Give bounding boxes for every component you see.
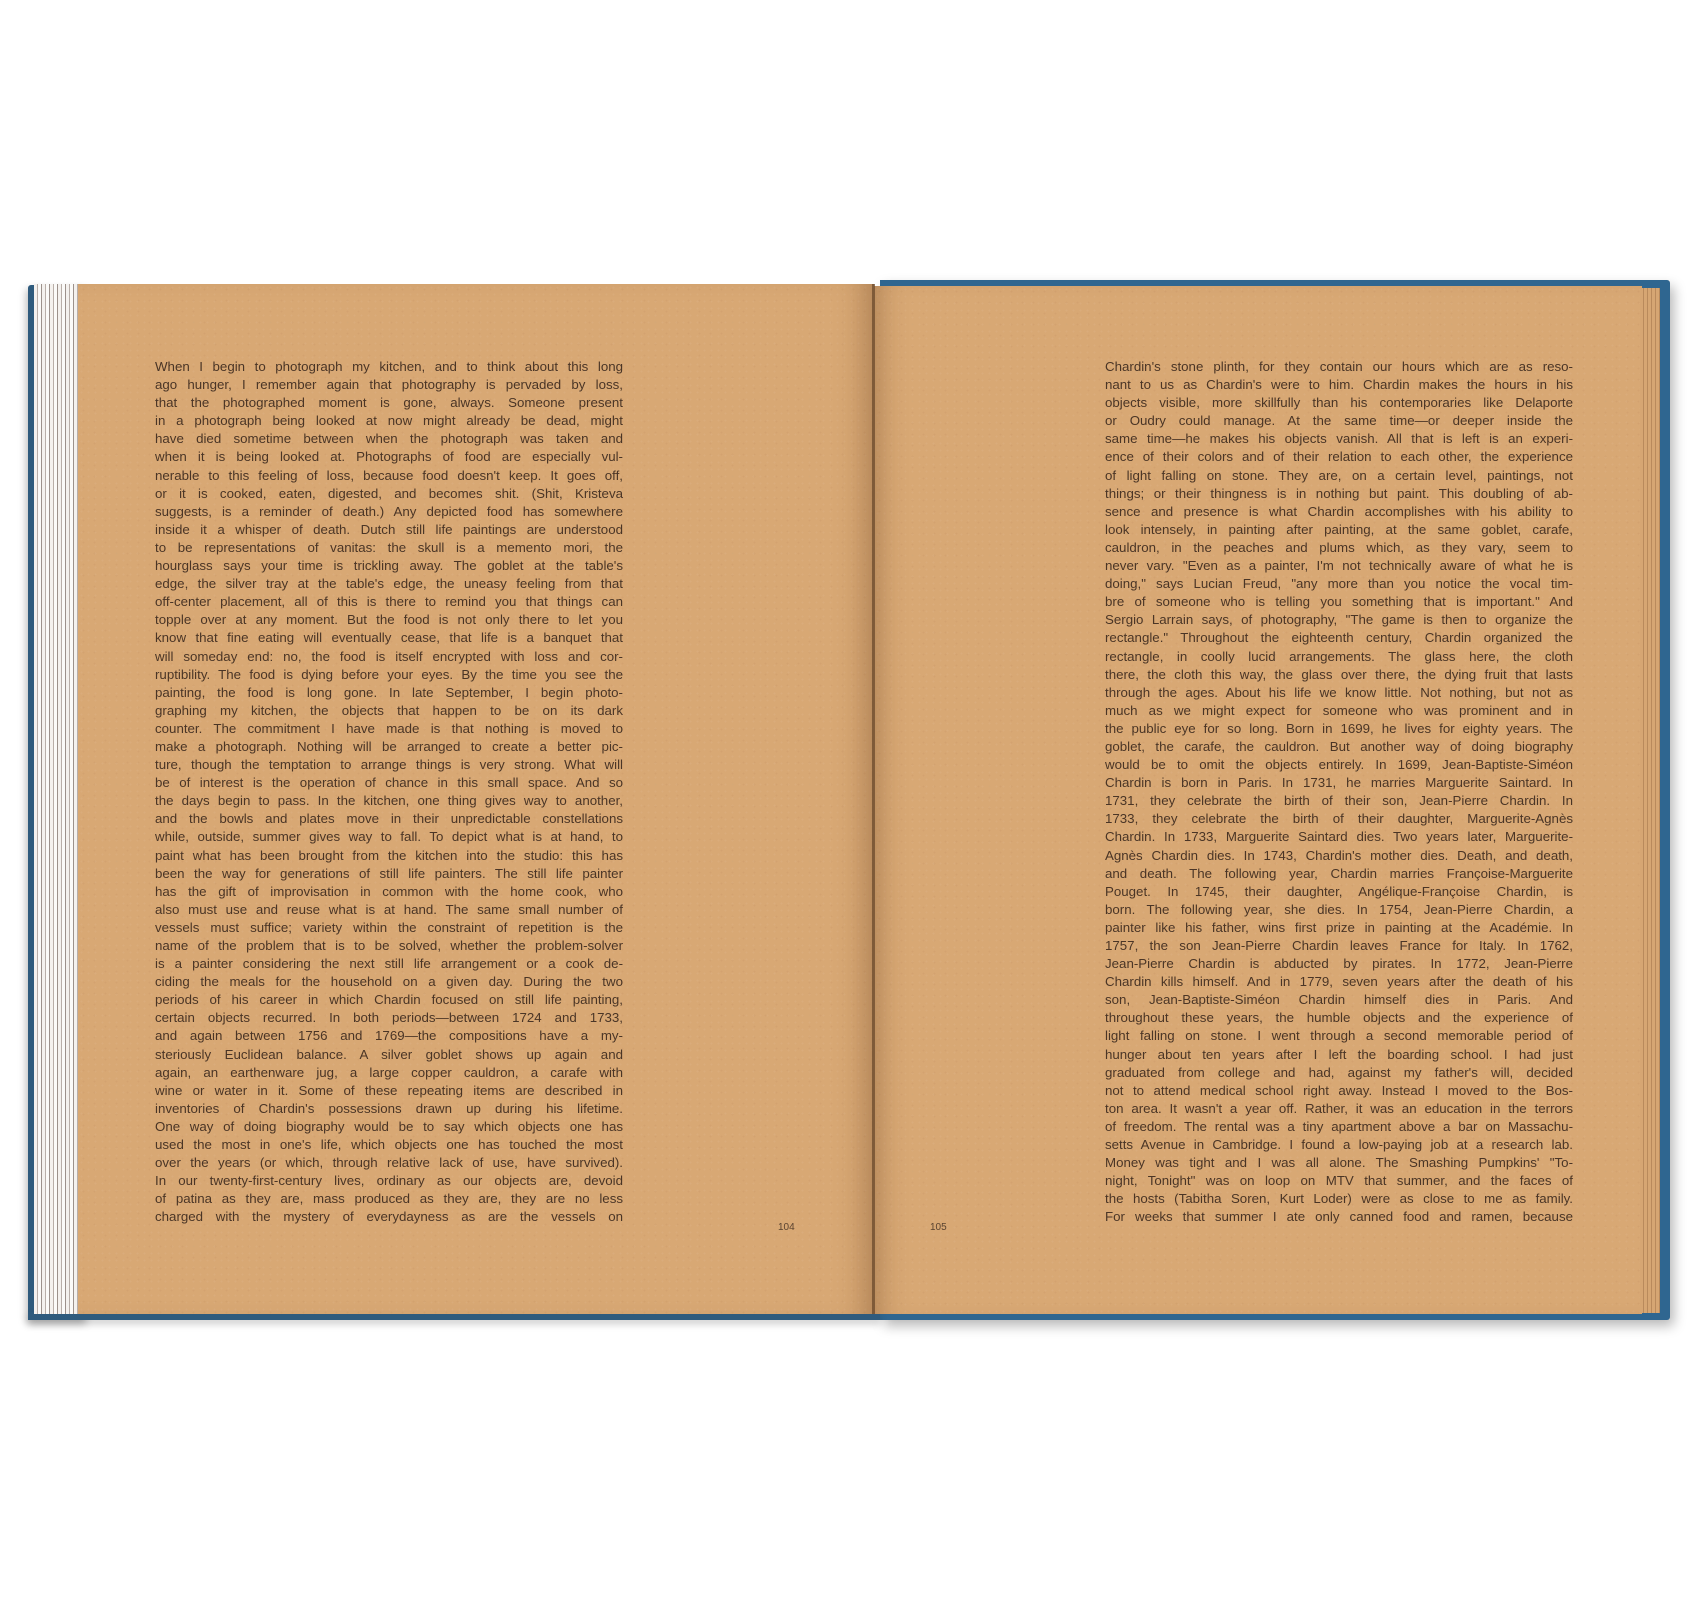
text-line: Agnès Chardin dies. In 1743, Chardin's m… <box>1105 847 1573 865</box>
text-line: that the photographed moment is gone, al… <box>155 394 623 412</box>
text-line: the days begin to pass. In the kitchen, … <box>155 792 623 810</box>
text-line: charged with the mystery of everydayness… <box>155 1208 623 1226</box>
text-line: ruptibility. The food is dying before yo… <box>155 666 623 684</box>
text-line: used the most in one's life, which objec… <box>155 1136 623 1154</box>
text-line: In our twenty-first-century lives, ordin… <box>155 1172 623 1190</box>
text-line: the public eye for so long. Born in 1699… <box>1105 720 1573 738</box>
page-number-left: 104 <box>778 1222 795 1233</box>
text-line: light falling on stone. I went through a… <box>1105 1027 1573 1045</box>
text-line: 1733, they celebrate the birth of their … <box>1105 810 1573 828</box>
page-number-right: 105 <box>930 1222 947 1233</box>
text-line: and death. The following year, Chardin m… <box>1105 865 1573 883</box>
text-line: wine or water in it. Some of these repea… <box>155 1082 623 1100</box>
text-line: there, the cloth this way, the glass ove… <box>1105 666 1573 684</box>
text-line: of freedom. The rental was a tiny apartm… <box>1105 1118 1573 1136</box>
text-line: have died sometime between when the phot… <box>155 430 623 448</box>
text-line: to be representations of vanitas: the sk… <box>155 539 623 557</box>
text-line: edge, the silver tray at the table's edg… <box>155 575 623 593</box>
text-line: hunger about ten years after I left the … <box>1105 1046 1573 1064</box>
text-line: born. The following year, she dies. In 1… <box>1105 901 1573 919</box>
text-line: and again between 1756 and 1769—the comp… <box>155 1027 623 1045</box>
text-line: goblet, the carafe, the cauldron. But an… <box>1105 738 1573 756</box>
text-line: also must use and reuse what is at hand.… <box>155 901 623 919</box>
text-line: nerable to this feeling of loss, because… <box>155 467 623 485</box>
text-line: setts Avenue in Cambridge. I found a low… <box>1105 1136 1573 1154</box>
text-line: would be to omit the objects entirely. I… <box>1105 756 1573 774</box>
text-line: rectangle." Throughout the eighteenth ce… <box>1105 629 1573 647</box>
text-line: Sergio Larrain says, of photography, "Th… <box>1105 611 1573 629</box>
text-line: Chardin is born in Paris. In 1731, he ma… <box>1105 774 1573 792</box>
text-line: suggests, is a reminder of death.) Any d… <box>155 503 623 521</box>
text-line: vessels must suffice; variety within the… <box>155 919 623 937</box>
text-line: painter like his father, wins first priz… <box>1105 919 1573 937</box>
text-line: look intensely, in painting after painti… <box>1105 521 1573 539</box>
text-line: same time—he makes his objects vanish. A… <box>1105 430 1573 448</box>
text-line: know that fine eating will eventually ce… <box>155 629 623 647</box>
text-line: 1731, they celebrate the birth of their … <box>1105 792 1573 810</box>
text-line: in a photograph being looked at now migh… <box>155 412 623 430</box>
text-line: bre of someone who is telling you someth… <box>1105 593 1573 611</box>
text-line: sence and presence is what Chardin accom… <box>1105 503 1573 521</box>
text-line: ton area. It wasn't a year off. Rather, … <box>1105 1100 1573 1118</box>
text-line: Money was tight and I was all alone. The… <box>1105 1154 1573 1172</box>
text-line: things; or their thingness is in nothing… <box>1105 485 1573 503</box>
text-line: or it is cooked, eaten, digested, and be… <box>155 485 623 503</box>
text-line: while, outside, summer gives way to fall… <box>155 828 623 846</box>
text-line: counter. The commitment I have made is t… <box>155 720 623 738</box>
text-line: of light falling on stone. They are, on … <box>1105 467 1573 485</box>
text-line: over the years (or which, through relati… <box>155 1154 623 1172</box>
right-page-body-text: Chardin's stone plinth, for they contain… <box>1105 358 1573 1227</box>
page-edges-right <box>1640 288 1660 1313</box>
text-line: painting, the food is long gone. In late… <box>155 684 623 702</box>
text-line: make a photograph. Nothing will be arran… <box>155 738 623 756</box>
text-line: topple over at any moment. But the food … <box>155 611 623 629</box>
text-line: off-center placement, all of this is the… <box>155 593 623 611</box>
text-line: nant to us as Chardin's were to him. Cha… <box>1105 376 1573 394</box>
text-line: Chardin kills himself. And in 1779, seve… <box>1105 973 1573 991</box>
open-book: When I begin to photograph my kitchen, a… <box>0 0 1700 1600</box>
text-line: One way of doing biography would be to s… <box>155 1118 623 1136</box>
text-line: objects visible, more skillfully than hi… <box>1105 394 1573 412</box>
text-line: not to attend medical school right away.… <box>1105 1082 1573 1100</box>
text-line: never vary. "Even as a painter, I'm not … <box>1105 557 1573 575</box>
text-line: or Oudry could manage. At the same time—… <box>1105 412 1573 430</box>
text-line: through the ages. About his life we know… <box>1105 684 1573 702</box>
text-line: Chardin. In 1733, Marguerite Saintard di… <box>1105 828 1573 846</box>
text-line: ture, though the temptation to arrange t… <box>155 756 623 774</box>
left-page-body-text: When I begin to photograph my kitchen, a… <box>155 358 623 1227</box>
text-line: When I begin to photograph my kitchen, a… <box>155 358 623 376</box>
page-edges-left <box>34 284 80 1314</box>
text-line: will someday end: no, the food is itself… <box>155 648 623 666</box>
text-line: steriously Euclidean balance. A silver g… <box>155 1046 623 1064</box>
text-line: paint what has been brought from the kit… <box>155 847 623 865</box>
book-gutter <box>872 284 875 1314</box>
text-line: the hosts (Tabitha Soren, Kurt Loder) we… <box>1105 1190 1573 1208</box>
text-line: is a painter considering the next still … <box>155 955 623 973</box>
text-line: been the way for generations of still li… <box>155 865 623 883</box>
text-line: doing," says Lucian Freud, "any more tha… <box>1105 575 1573 593</box>
text-line: when it is being looked at. Photographs … <box>155 448 623 466</box>
text-line: son, Jean-Baptiste-Siméon Chardin himsel… <box>1105 991 1573 1009</box>
text-line: ence of their colors and of their relati… <box>1105 448 1573 466</box>
text-line: inside it a whisper of death. Dutch stil… <box>155 521 623 539</box>
text-line: name of the problem that is to be solved… <box>155 937 623 955</box>
text-line: again, an earthenware jug, a large coppe… <box>155 1064 623 1082</box>
text-line: graduated from college and had, against … <box>1105 1064 1573 1082</box>
text-line: inventories of Chardin's possessions dra… <box>155 1100 623 1118</box>
text-line: Chardin's stone plinth, for they contain… <box>1105 358 1573 376</box>
text-line: night, Tonight" was on loop on MTV that … <box>1105 1172 1573 1190</box>
text-line: rectangle, in coolly lucid arrangements.… <box>1105 648 1573 666</box>
text-line: and the bowls and plates move in their u… <box>155 810 623 828</box>
text-line: certain objects recurred. In both period… <box>155 1009 623 1027</box>
text-line: has the gift of improvisation in common … <box>155 883 623 901</box>
text-line: Pouget. In 1745, their daughter, Angéliq… <box>1105 883 1573 901</box>
text-line: much as we might expect for someone who … <box>1105 702 1573 720</box>
text-line: periods of his career in which Chardin f… <box>155 991 623 1009</box>
text-line: hourglass says your time is trickling aw… <box>155 557 623 575</box>
text-line: graphing my kitchen, the objects that ha… <box>155 702 623 720</box>
text-line: Jean-Pierre Chardin is abducted by pirat… <box>1105 955 1573 973</box>
text-line: For weeks that summer I ate only canned … <box>1105 1208 1573 1226</box>
text-line: 1757, the son Jean-Pierre Chardin leaves… <box>1105 937 1573 955</box>
text-line: cauldron, in the peaches and plums which… <box>1105 539 1573 557</box>
text-line: of patina as they are, mass produced as … <box>155 1190 623 1208</box>
text-line: be of interest is the operation of chanc… <box>155 774 623 792</box>
text-line: throughout these years, the humble objec… <box>1105 1009 1573 1027</box>
text-line: ciding the meals for the household on a … <box>155 973 623 991</box>
text-line: ago hunger, I remember again that photog… <box>155 376 623 394</box>
